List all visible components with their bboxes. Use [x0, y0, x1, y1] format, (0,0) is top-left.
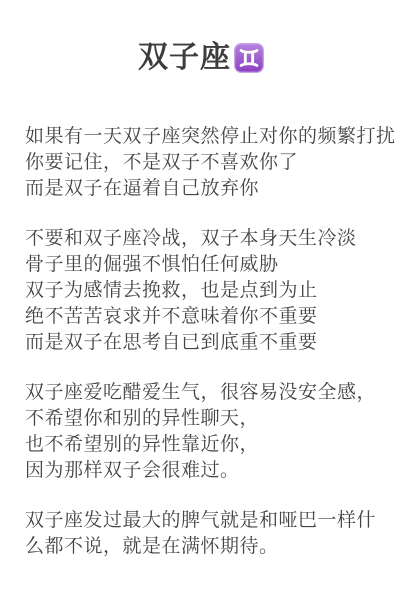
text-line: 骨子里的倔强不惧怕任何威胁	[25, 252, 382, 278]
paragraph-1: 如果有一天双子座突然停止对你的频繁打扰 你要记住，不是双子不喜欢你了 而是双子在…	[25, 124, 382, 202]
text-line: 不要和双子座冷战，双子本身天生冷淡	[25, 226, 382, 252]
text-line: 么都不说，就是在满怀期待。	[25, 534, 382, 560]
gemini-zodiac-emoji-icon	[234, 43, 264, 73]
paragraph-3: 双子座爱吃醋爱生气，很容易没安全感， 不希望你和别的异性聊天， 也不希望别的异性…	[25, 380, 382, 484]
text-line: 双子座发过最大的脾气就是和哑巴一样什	[25, 508, 382, 534]
text-line: 你要记住，不是双子不喜欢你了	[25, 150, 382, 176]
article-body: 如果有一天双子座突然停止对你的频繁打扰 你要记住，不是双子不喜欢你了 而是双子在…	[0, 124, 402, 560]
text-line: 双子座爱吃醋爱生气，很容易没安全感，	[25, 380, 382, 406]
text-line: 绝不苦苦哀求并不意味着你不重要	[25, 304, 382, 330]
text-line: 如果有一天双子座突然停止对你的频繁打扰	[25, 124, 382, 150]
text-line: 也不希望别的异性靠近你，	[25, 432, 382, 458]
text-line: 而是双子在逼着自己放弃你	[25, 176, 382, 202]
text-line: 而是双子在思考自已到底重不重要	[25, 330, 382, 356]
text-line: 不希望你和别的异性聊天，	[25, 406, 382, 432]
text-line: 因为那样双子会很难过。	[25, 458, 382, 484]
text-line: 双子为感情去挽救，也是点到为止	[25, 278, 382, 304]
paragraph-2: 不要和双子座冷战，双子本身天生冷淡 骨子里的倔强不惧怕任何威胁 双子为感情去挽救…	[25, 226, 382, 356]
page: 双子座 如果有一天双子座突然停止对你的频	[0, 0, 402, 600]
paragraph-4: 双子座发过最大的脾气就是和哑巴一样什 么都不说，就是在满怀期待。	[25, 508, 382, 560]
page-header: 双子座	[0, 0, 402, 74]
page-title: 双子座	[138, 42, 231, 74]
